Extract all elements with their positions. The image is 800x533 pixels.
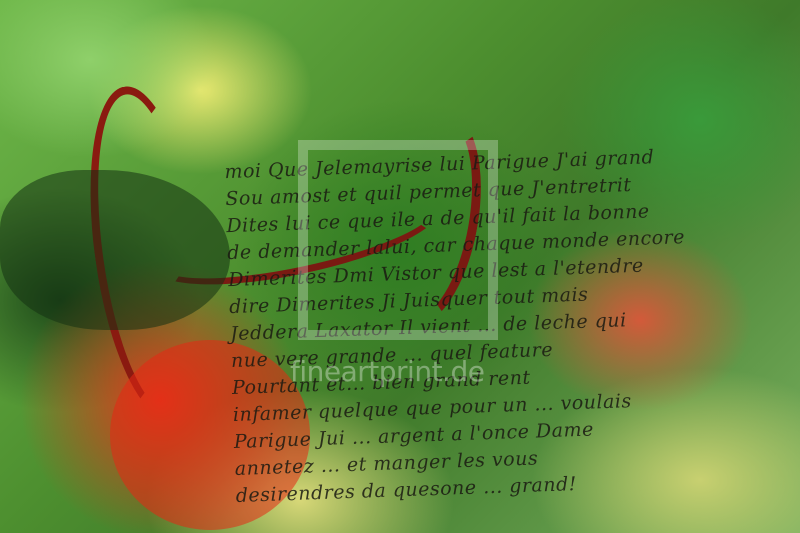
dark-green-patch bbox=[0, 170, 230, 330]
watermark-text: fineartprint.de bbox=[290, 355, 484, 388]
artwork-canvas: moi Que Jelemayrise lui Parigue J'ai gra… bbox=[0, 0, 800, 533]
watermark-logo-icon bbox=[298, 140, 498, 340]
